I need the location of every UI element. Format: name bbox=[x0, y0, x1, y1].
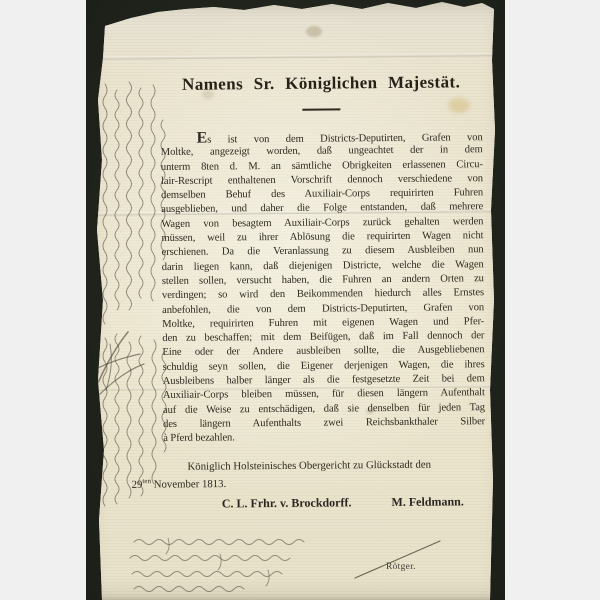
bottom-handwritten-note bbox=[128, 532, 328, 600]
closing-block: Königlich Holsteinisches Obergericht zu … bbox=[163, 457, 485, 488]
document-title: Namens Sr. Königlichen Majestät. bbox=[160, 65, 482, 96]
margin-handwriting-upper bbox=[98, 80, 168, 332]
screenshot-stage: Namens Sr. Königlichen Majestät. Es ist … bbox=[0, 0, 600, 600]
pen-slash bbox=[352, 536, 444, 582]
paper-stain bbox=[306, 26, 322, 37]
signature-brockdorff: C. L. Frhr. v. Brockdorff. bbox=[222, 495, 352, 511]
printed-content: Namens Sr. Königlichen Majestät. Es ist … bbox=[160, 65, 486, 512]
fold-crease-top bbox=[86, 53, 505, 60]
dealer-mark-label: Rötger. bbox=[386, 562, 416, 572]
title-divider-rule bbox=[302, 108, 340, 110]
body-line: à Pferd bezahlen. bbox=[163, 429, 485, 446]
signature-feldmann: M. Feldmann. bbox=[391, 494, 463, 510]
body-paragraph: Es ist von dem Districts-Deputirten, Gra… bbox=[161, 129, 486, 446]
margin-handwriting-lower bbox=[98, 332, 170, 528]
document-paper: Namens Sr. Königlichen Majestät. Es ist … bbox=[86, 0, 505, 600]
signature-row: C. L. Frhr. v. Brockdorff. M. Feldmann. bbox=[164, 494, 486, 512]
photograph-backdrop: Namens Sr. Königlichen Majestät. Es ist … bbox=[86, 0, 505, 600]
date-line: 29ten November 1813. bbox=[132, 471, 486, 488]
